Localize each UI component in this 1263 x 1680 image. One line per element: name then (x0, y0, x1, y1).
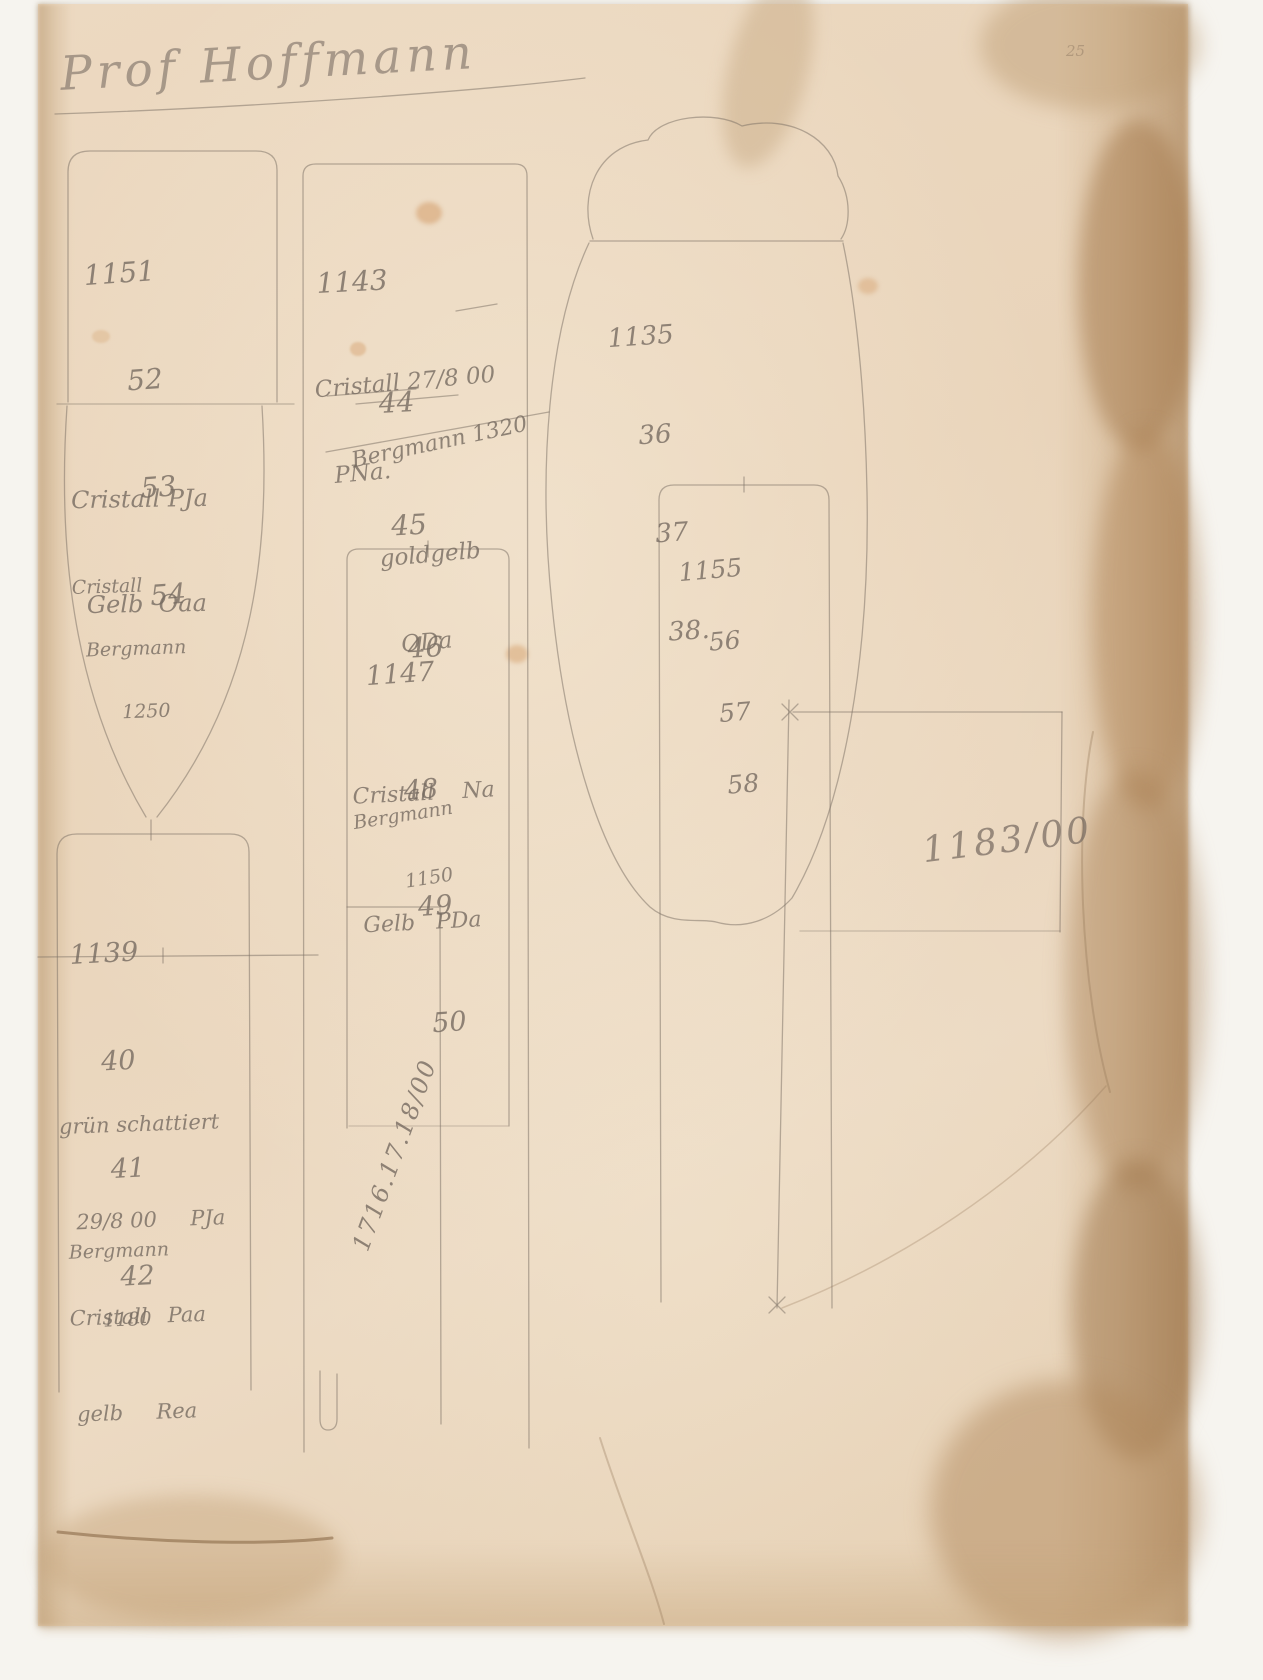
note-line: Cristall PJa (71, 481, 208, 518)
number-line: 1151 (83, 253, 165, 294)
number-line: 1135 (607, 318, 690, 357)
note-maker-1151: Cristall Bergmann 1250 (70, 532, 190, 767)
note-line: Cristall (71, 574, 184, 599)
note-maker-1139: Bergmann 1180 (67, 1192, 174, 1379)
note-line: Cristall 27/8 00 (314, 361, 497, 406)
note-line: grün schattiert (58, 1105, 222, 1143)
scanned-drawing-page: Prof Hoffmann 25 1151 52 53 54 Cristall … (0, 0, 1263, 1680)
number-line: 1139 (69, 934, 140, 974)
number-line: 52 (126, 360, 172, 399)
note-line: Bergmann (86, 637, 187, 661)
number-line: 57 (718, 699, 756, 726)
note-line: Bergmann (68, 1238, 169, 1264)
number-line: 1155 (678, 556, 743, 585)
note-line: 1180 (103, 1307, 172, 1332)
number-line: 36 (637, 416, 697, 453)
number-line: 58 (726, 771, 762, 798)
number-line: 1143 (315, 257, 425, 304)
note-line: 1250 (122, 700, 189, 723)
page-number: 25 (1066, 42, 1085, 60)
number-line: 56 (708, 627, 750, 654)
note-line: 1150 (404, 862, 465, 893)
note-line: goldgelb (379, 534, 512, 574)
note-line: gelb Rea (77, 1393, 233, 1430)
note-line: Bergmann (352, 797, 454, 834)
